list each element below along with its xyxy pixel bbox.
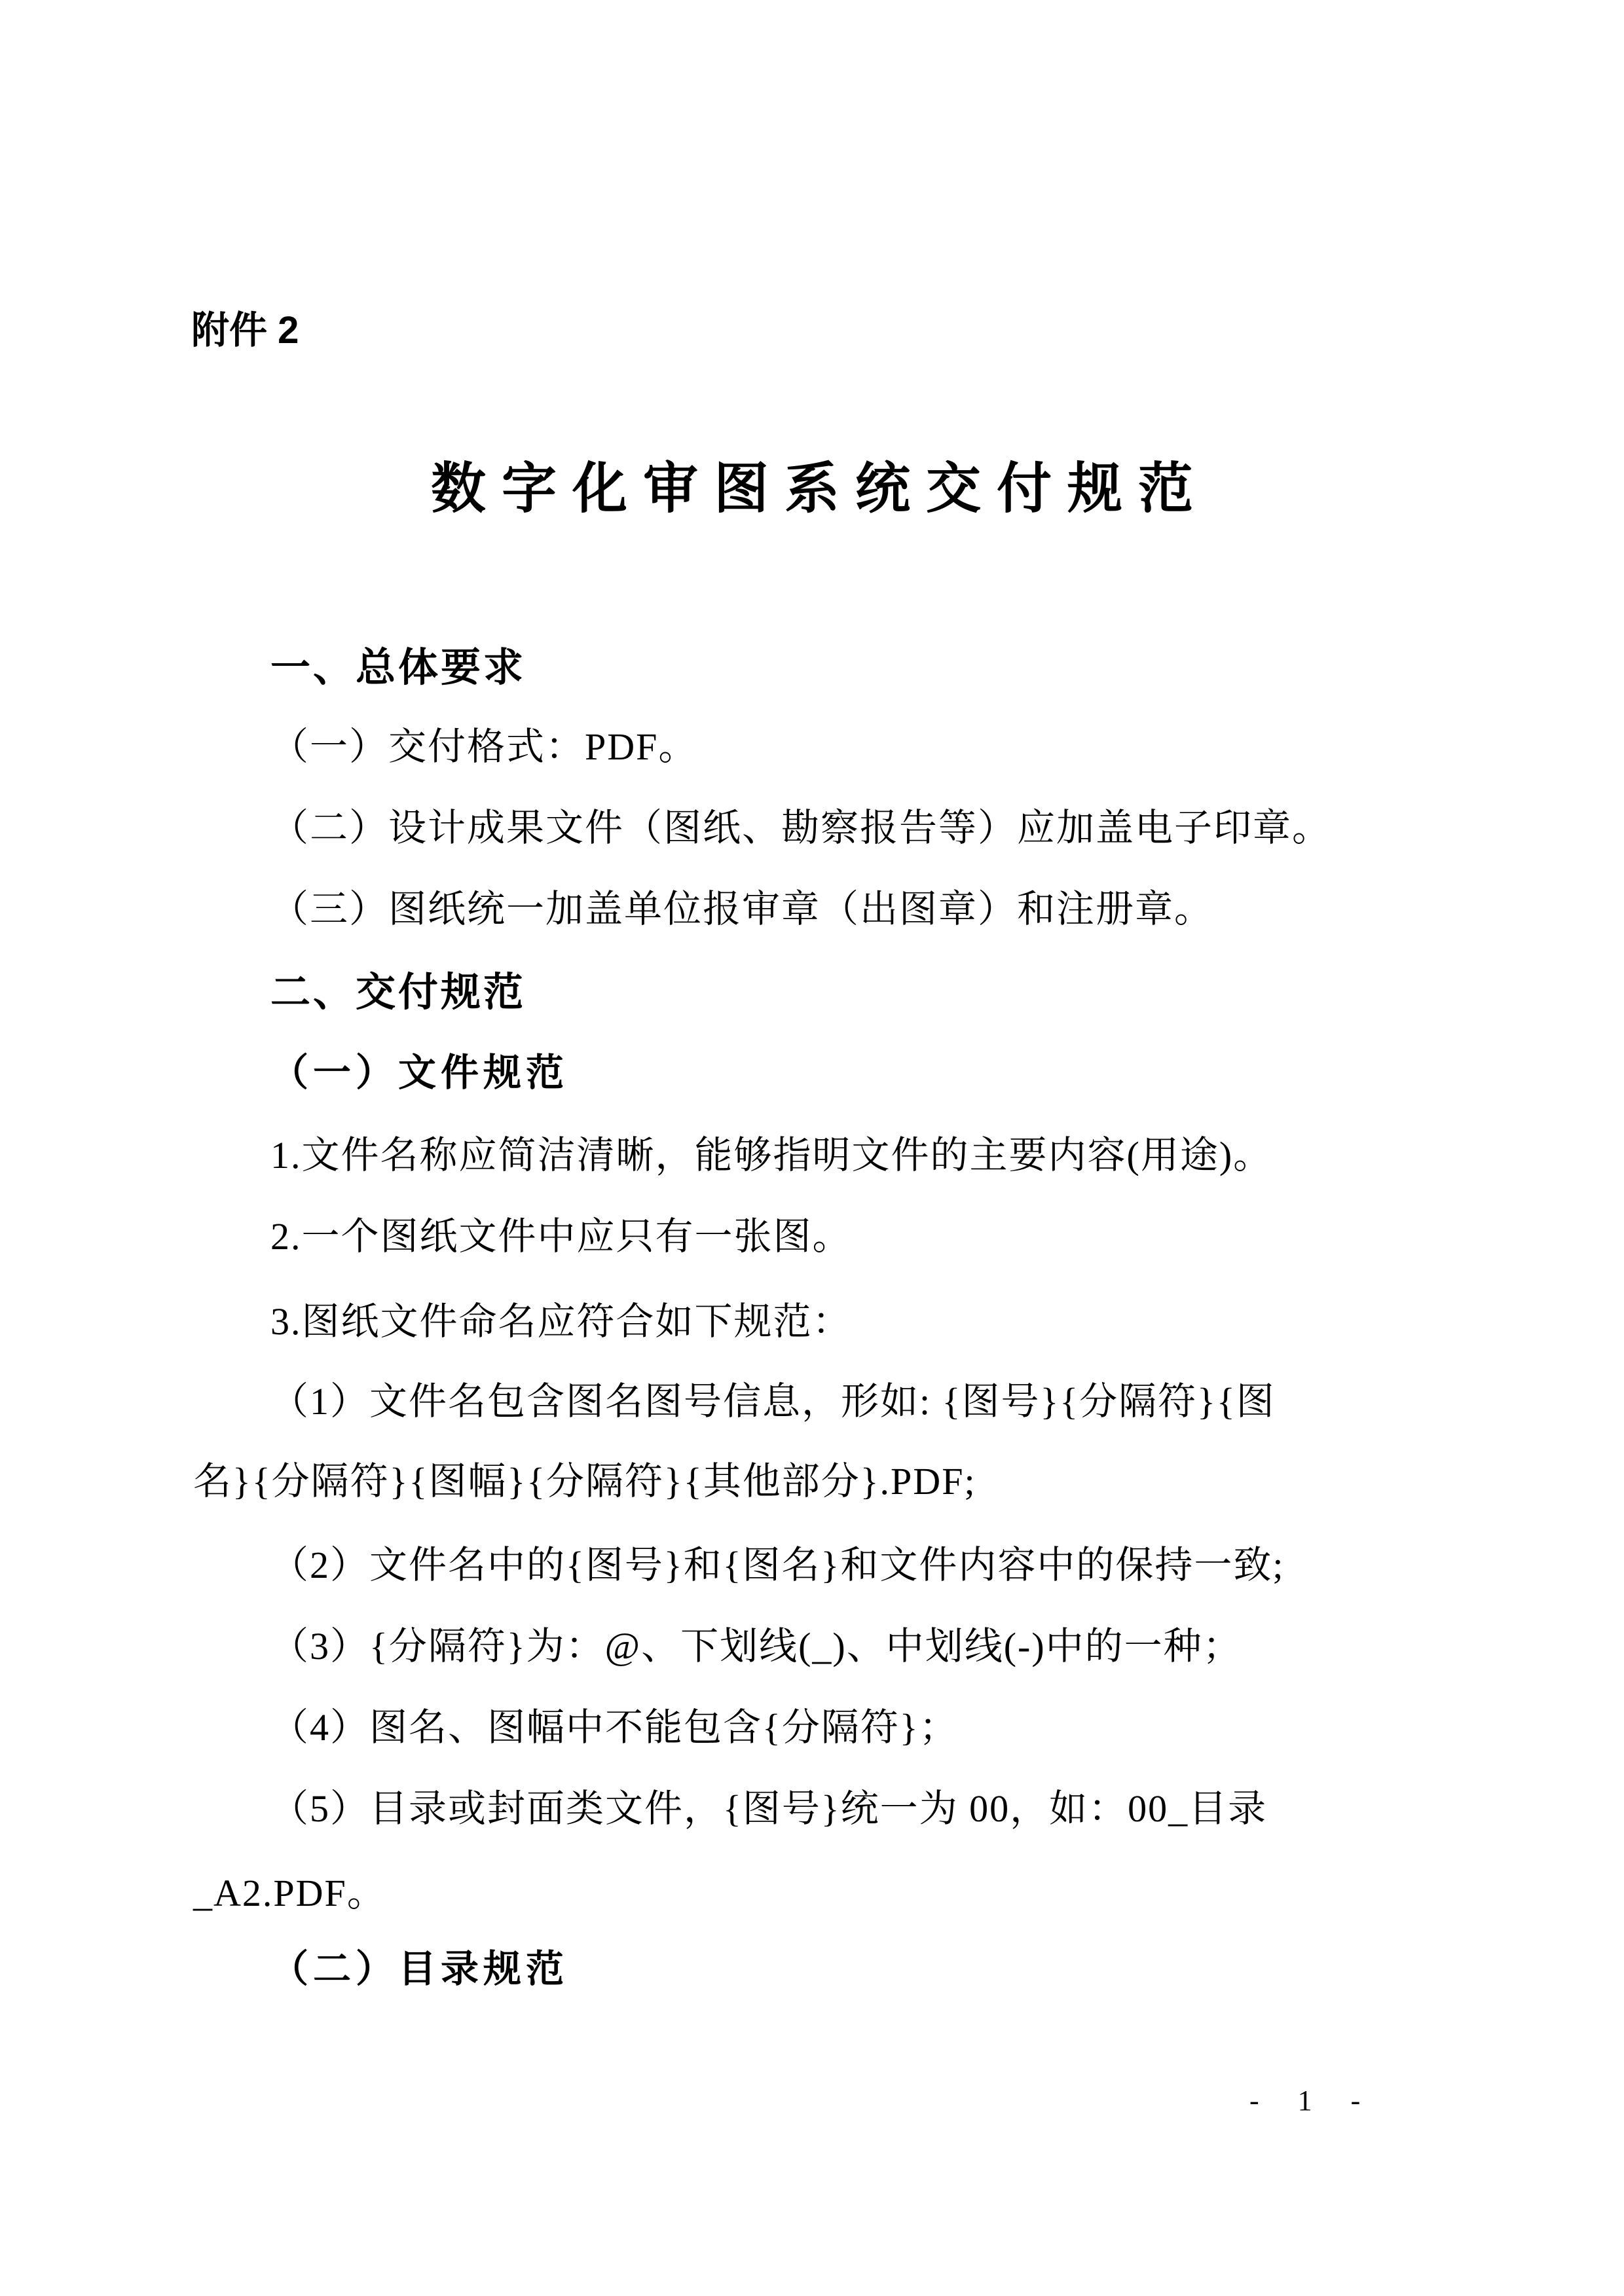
item-drawing-seals: （三）图纸统一加盖单位报审章（出图章）和注册章。 bbox=[193, 887, 1511, 932]
item-naming-rule-5-continuation: _A2.PDF。 bbox=[193, 1871, 1434, 1916]
attachment-label: 附件 2 bbox=[191, 309, 299, 352]
item-electronic-seal: （二）设计成果文件（图纸、勘察报告等）应加盖电子印章。 bbox=[193, 806, 1511, 850]
item-one-drawing-per-file: 2.一个图纸文件中应只有一张图。 bbox=[193, 1214, 1511, 1259]
item-naming-rule-2: （2）文件名中的{图号}和{图名}和文件内容中的保持一致; bbox=[193, 1543, 1511, 1588]
item-delivery-format: （一）交付格式：PDF。 bbox=[193, 725, 1511, 769]
item-file-naming-clarity: 1.文件名称应简洁清晰，能够指明文件的主要内容(用途)。 bbox=[193, 1133, 1511, 1178]
page-number: - 1 - bbox=[1249, 2085, 1371, 2117]
subheading-file-spec: （一）文件规范 bbox=[193, 1051, 1511, 1095]
item-naming-rule-1: （1）文件名包含图名图号信息，形如: {图号}{分隔符}{图 bbox=[193, 1379, 1511, 1424]
subheading-catalog-spec: （二）目录规范 bbox=[193, 1947, 1511, 1992]
document-title: 数字化审图系统交付规范 bbox=[0, 457, 1624, 520]
item-naming-rule-4: （4）图名、图幅中不能包含{分隔符}； bbox=[193, 1705, 1511, 1750]
item-naming-rule-1-continuation: 名}{分隔符}{图幅}{分隔符}{其他部分}.PDF; bbox=[193, 1459, 1434, 1504]
heading-delivery-spec: 二、交付规范 bbox=[193, 970, 1511, 1014]
heading-overall-requirements: 一、总体要求 bbox=[193, 645, 1511, 689]
document-page: 附件 2 数字化审图系统交付规范 一、总体要求 （一）交付格式：PDF。 （二）… bbox=[0, 0, 1624, 2296]
item-naming-rule-3: （3）{分隔符}为：@、下划线(_)、中划线(-)中的一种； bbox=[193, 1624, 1511, 1669]
item-naming-rules-intro: 3.图纸文件命名应符合如下规范： bbox=[193, 1300, 1511, 1344]
item-naming-rule-5: （5）目录或封面类文件，{图号}统一为 00，如：00_目录 bbox=[193, 1787, 1511, 1831]
